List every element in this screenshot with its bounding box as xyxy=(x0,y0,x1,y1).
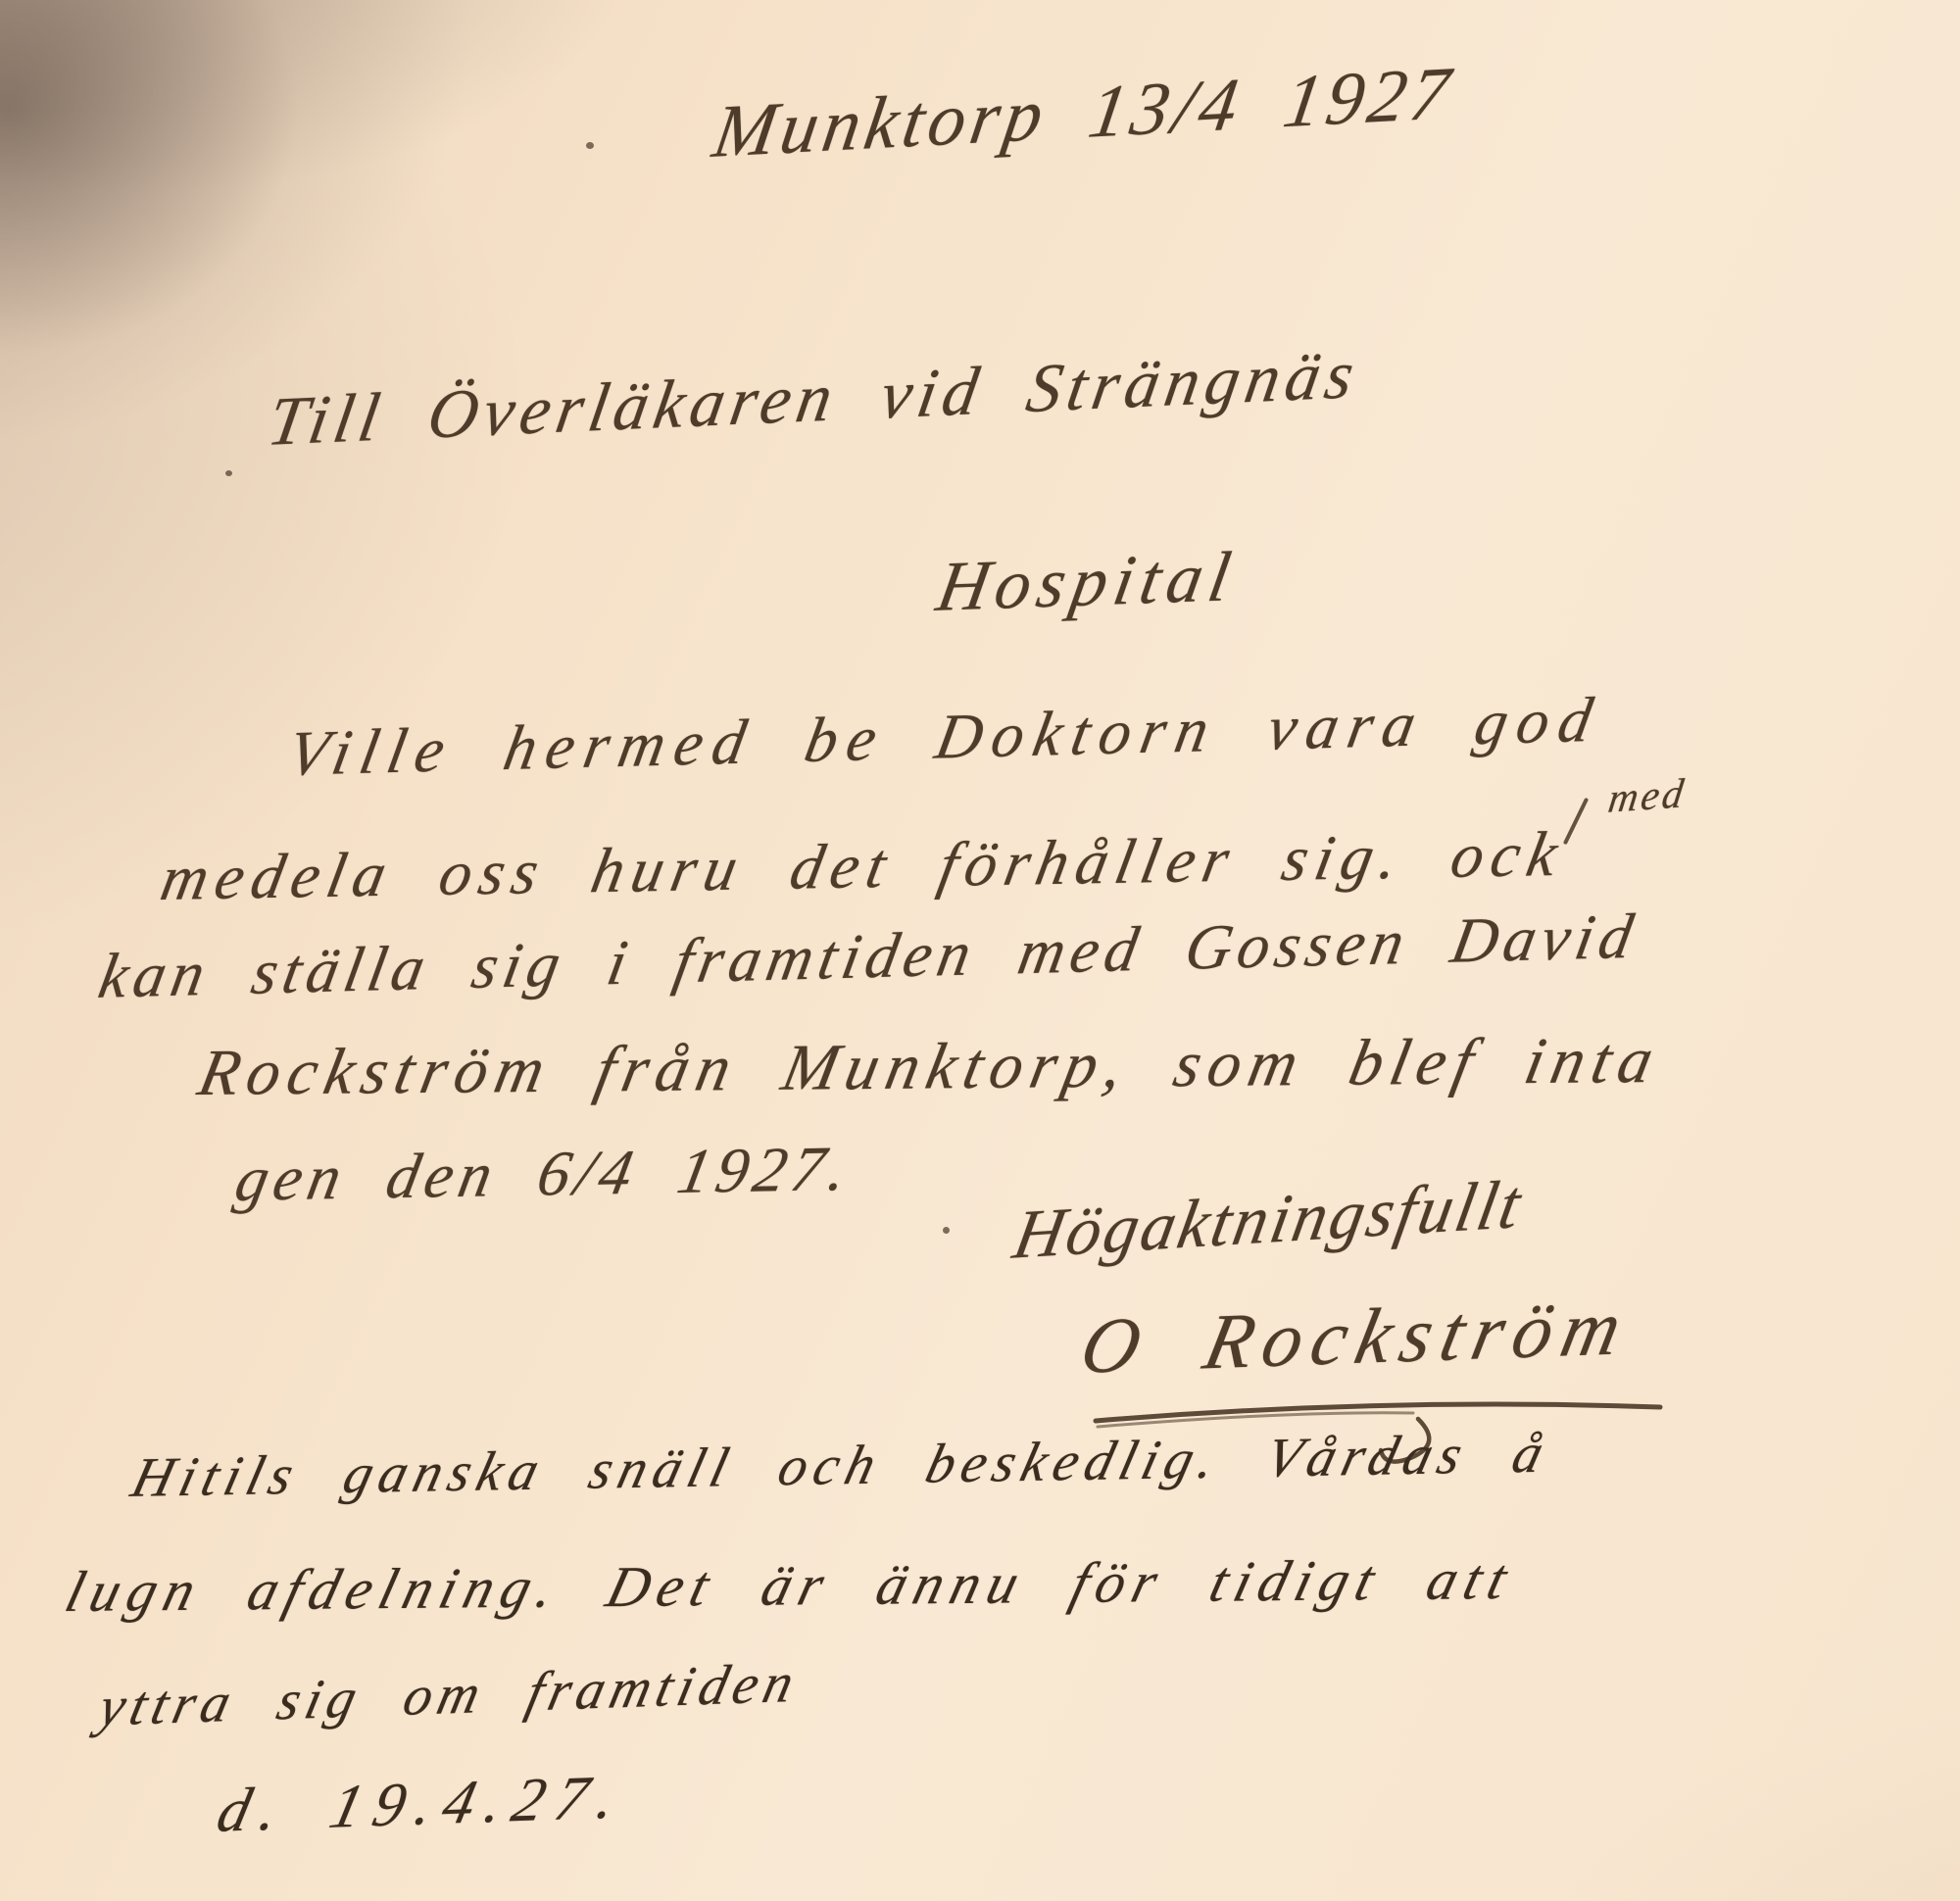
note-line-1: Hitils ganska snäll och beskedlig. Vårda… xyxy=(125,1421,1556,1510)
valediction: Högaktningsfullt xyxy=(1007,1165,1530,1276)
note-line-3: yttra sig om framtiden xyxy=(93,1651,806,1739)
signature: O Rockström xyxy=(1073,1284,1639,1392)
interlinear-insertion: med xyxy=(1605,770,1690,823)
handwritten-letter-photo: Munktorp 13/4 1927 Till Överläkaren vid … xyxy=(0,0,1960,1901)
address-line-1: Till Överläkaren vid Strängnäs xyxy=(263,336,1365,463)
ink-speck xyxy=(943,1227,950,1234)
body-line-3: kan ställa sig i framtiden med Gossen Da… xyxy=(93,901,1644,1014)
ink-speck xyxy=(586,142,594,149)
body-line-1: Ville hermed be Doktorn vara god xyxy=(282,684,1607,792)
body-line-2: medela oss huru det förhåller sig. ock xyxy=(155,818,1571,916)
dateline: Munktorp 13/4 1927 xyxy=(708,51,1460,175)
note-line-2: lugn afdelning. Det är ännu för tidigt a… xyxy=(59,1545,1522,1626)
note-date: d. 19.4.27. xyxy=(211,1761,634,1847)
address-line-2: Hospital xyxy=(931,536,1244,628)
body-line-5: gen den 6/4 1927. xyxy=(229,1133,858,1217)
body-line-4: Rockström från Munktorp, som blef inta xyxy=(192,1023,1667,1111)
ink-speck xyxy=(225,470,232,476)
